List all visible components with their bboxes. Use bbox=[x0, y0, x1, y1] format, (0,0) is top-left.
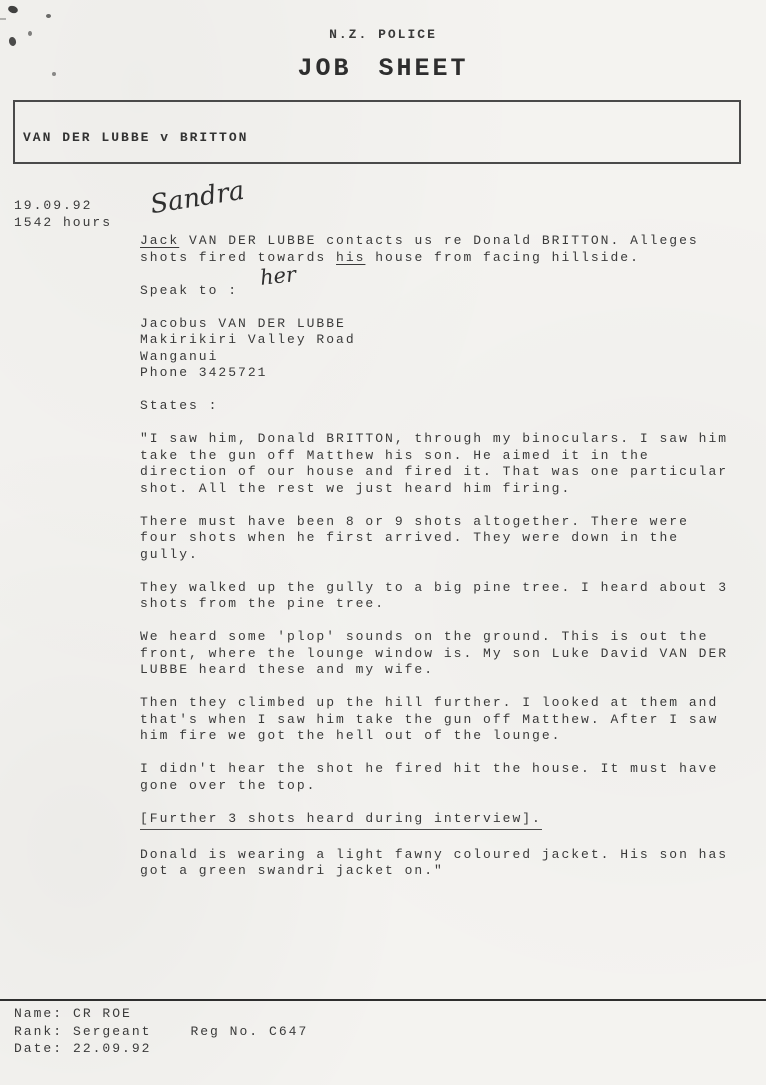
case-title: VAN DER LUBBE v BRITTON bbox=[23, 130, 248, 147]
rank-label: Rank: bbox=[14, 1024, 63, 1039]
report-meta: 19.09.92 1542 hours bbox=[14, 198, 112, 231]
name-label: Name: bbox=[14, 1006, 63, 1021]
footer-rank-row: Rank:SergeantReg No.C647 bbox=[14, 1023, 308, 1041]
statement-paragraph-2: There must have been 8 or 9 shots altoge… bbox=[140, 514, 755, 564]
date-value: 22.09.92 bbox=[73, 1041, 151, 1056]
ink-speck bbox=[0, 18, 6, 20]
interview-note-paragraph: [Further 3 shots heard during interview]… bbox=[140, 811, 755, 831]
report-body: Jack VAN DER LUBBE contacts us re Donald… bbox=[140, 233, 755, 896]
statement-paragraph-5: Then they climbed up the hill further. I… bbox=[140, 695, 755, 745]
contact-phone: Phone 3425721 bbox=[140, 365, 755, 382]
underlined-pronoun: his bbox=[336, 250, 365, 265]
name-value: CR ROE bbox=[73, 1006, 132, 1021]
contact-block: Jacobus VAN DER LUBBE Makirikiri Valley … bbox=[140, 316, 755, 382]
handwritten-name-annotation: Sandra bbox=[148, 176, 246, 220]
case-title-box: VAN DER LUBBE v BRITTON bbox=[13, 100, 741, 164]
underlined-caller-name: Jack bbox=[140, 233, 179, 248]
statement-paragraph-6: I didn't hear the shot he fired hit the … bbox=[140, 761, 755, 794]
date-label: Date: bbox=[14, 1041, 63, 1056]
interview-note: [Further 3 shots heard during interview]… bbox=[140, 811, 542, 831]
reg-no-value: C647 bbox=[269, 1024, 308, 1039]
footer-name-row: Name:CR ROE bbox=[14, 1005, 308, 1023]
statement-paragraph-4: We heard some 'plop' sounds on the groun… bbox=[140, 629, 755, 679]
document-title: JOB SHEET bbox=[0, 54, 766, 83]
reg-no-label: Reg No. bbox=[190, 1024, 259, 1039]
statement-paragraph-7: Donald is wearing a light fawny coloured… bbox=[140, 847, 755, 880]
contact-name: Jacobus VAN DER LUBBE bbox=[140, 316, 755, 333]
states-label: States : bbox=[140, 398, 755, 415]
org-name: N.Z. POLICE bbox=[0, 27, 766, 44]
intro-paragraph: Jack VAN DER LUBBE contacts us re Donald… bbox=[140, 233, 755, 266]
footer-date-row: Date:22.09.92 bbox=[14, 1040, 308, 1058]
ink-speck bbox=[7, 5, 19, 15]
footer-officer-details: Name:CR ROE Rank:SergeantReg No.C647 Dat… bbox=[14, 1005, 308, 1058]
statement-paragraph-1: "I saw him, Donald BRITTON, through my b… bbox=[140, 431, 755, 497]
contact-street: Makirikiri Valley Road bbox=[140, 332, 755, 349]
rank-value: Sergeant bbox=[73, 1024, 151, 1039]
ink-speck bbox=[46, 14, 51, 18]
statement-paragraph-3: They walked up the gully to a big pine t… bbox=[140, 580, 755, 613]
report-date: 19.09.92 bbox=[14, 198, 112, 215]
intro-text-2: house from facing hillside. bbox=[365, 250, 639, 265]
contact-town: Wanganui bbox=[140, 349, 755, 366]
footer-divider bbox=[0, 999, 766, 1001]
report-time: 1542 hours bbox=[14, 215, 112, 232]
speak-to-label: Speak to : bbox=[140, 283, 755, 300]
job-sheet-document: N.Z. POLICE JOB SHEET VAN DER LUBBE v BR… bbox=[0, 0, 766, 1085]
